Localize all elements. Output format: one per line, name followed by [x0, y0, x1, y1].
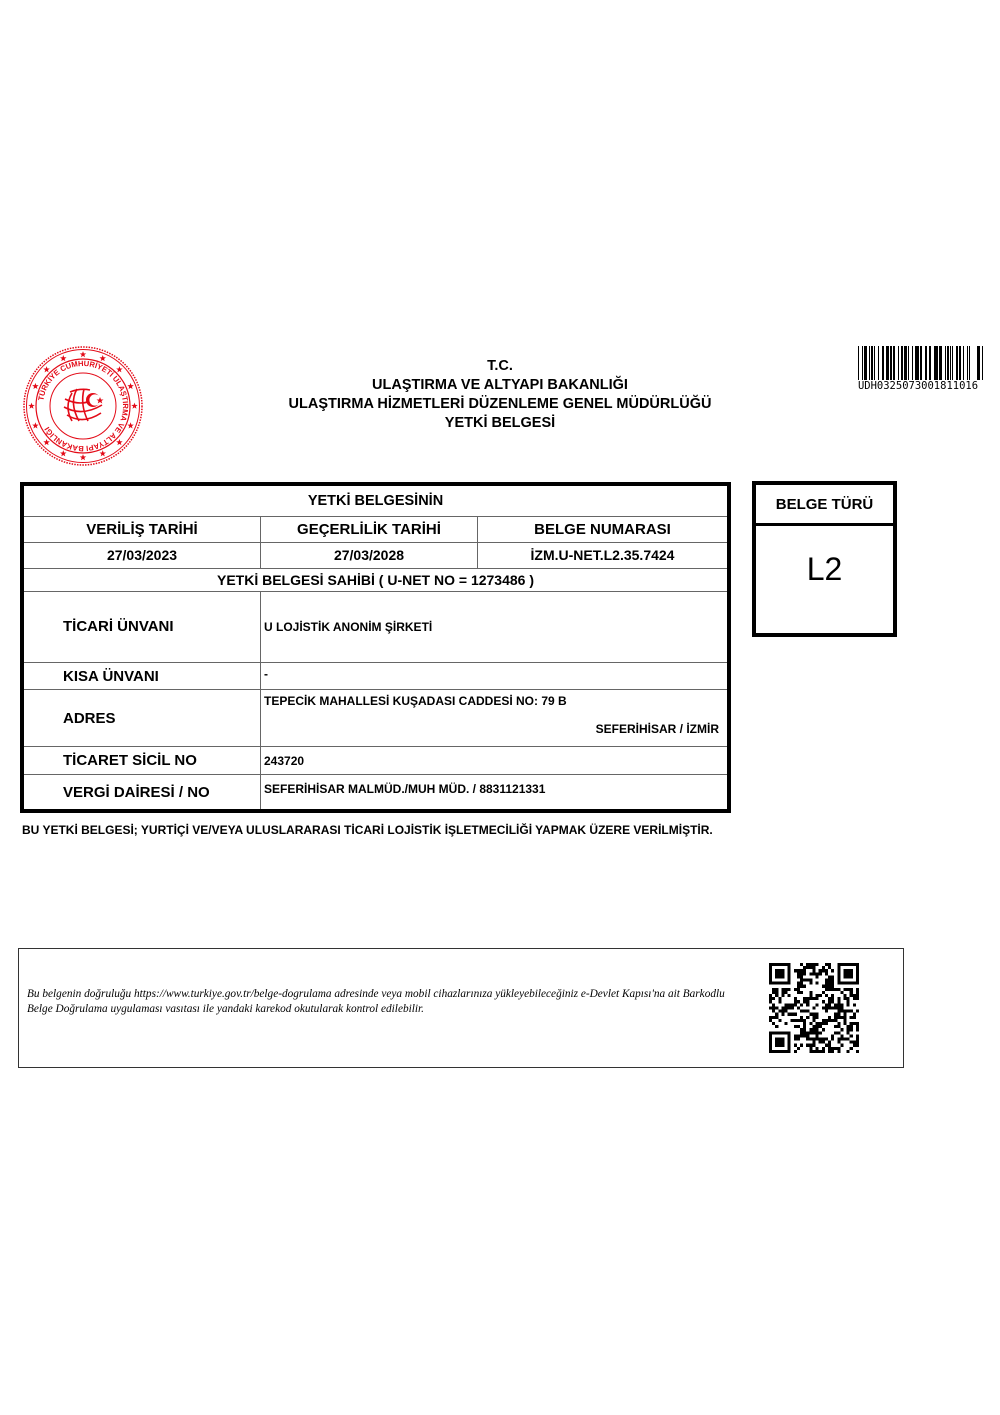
authorization-statement: BU YETKİ BELGESİ; YURTİÇİ VE/VEYA ULUSLA… — [22, 823, 722, 838]
field-value-trade-registry-no: 243720 — [261, 747, 727, 774]
qr-code-icon — [769, 963, 859, 1053]
field-label-address: ADRES — [24, 690, 299, 746]
field-value-short-name: - — [261, 663, 727, 685]
certificate-title: YETKİ BELGESİNİN — [24, 486, 727, 516]
document-header: T.C. ULAŞTIRMA VE ALTYAPI BAKANLIĞI ULAŞ… — [250, 357, 750, 433]
header-ministry: ULAŞTIRMA VE ALTYAPI BAKANLIĞI — [250, 376, 750, 395]
field-value-tax-office: SEFERİHİSAR MALMÜD./MUH MÜD. / 883112133… — [261, 775, 727, 803]
barcode-icon — [852, 346, 984, 380]
header-document-title: YETKİ BELGESİ — [250, 414, 750, 433]
owner-heading: YETKİ BELGESİ SAHİBİ ( U-NET NO = 127348… — [24, 568, 727, 591]
barcode-number: UDH0325073001811016 — [850, 380, 986, 392]
document-number-value: İZM.U-NET.L2.35.7424 — [478, 542, 727, 568]
header-directorate: ULAŞTIRMA HİZMETLERİ DÜZENLEME GENEL MÜD… — [250, 395, 750, 414]
field-label-trade-registry-no: TİCARET SİCİL NO — [24, 747, 299, 774]
verification-text: Bu belgenin doğruluğu https://www.turkiy… — [27, 987, 747, 1017]
field-label-trade-name: TİCARİ ÜNVANI — [24, 591, 299, 662]
certificate-table: YETKİ BELGESİNİN VERİLİŞ TARİHİ GEÇERLİL… — [20, 482, 731, 813]
field-label-tax-office: VERGİ DAİRESİ / NO — [24, 775, 299, 809]
field-value-address-line2: SEFERİHİSAR / İZMİR — [261, 718, 719, 740]
verification-box: Bu belgenin doğruluğu https://www.turkiy… — [18, 948, 904, 1068]
validity-date-value: 27/03/2028 — [261, 542, 477, 568]
field-label-short-name: KISA ÜNVANI — [24, 663, 299, 689]
ministry-emblem-icon: TÜRKİYE CUMHURİYETİ ULAŞTIRMA VE ALTYAPI… — [22, 345, 144, 467]
column-header-validity-date: GEÇERLİLİK TARİHİ — [261, 516, 477, 542]
field-value-trade-name: U LOJİSTİK ANONİM ŞİRKETİ — [261, 591, 727, 662]
field-value-address-line1: TEPECİK MAHALLESİ KUŞADASI CADDESİ NO: 7… — [261, 690, 727, 712]
document-type-box: BELGE TÜRÜ L2 — [752, 481, 897, 637]
issue-date-value: 27/03/2023 — [24, 542, 260, 568]
document-type-label: BELGE TÜRÜ — [756, 485, 893, 526]
header-country: T.C. — [250, 357, 750, 376]
column-header-issue-date: VERİLİŞ TARİHİ — [24, 516, 260, 542]
column-header-document-number: BELGE NUMARASI — [478, 516, 727, 542]
document-type-value: L2 — [756, 526, 893, 633]
